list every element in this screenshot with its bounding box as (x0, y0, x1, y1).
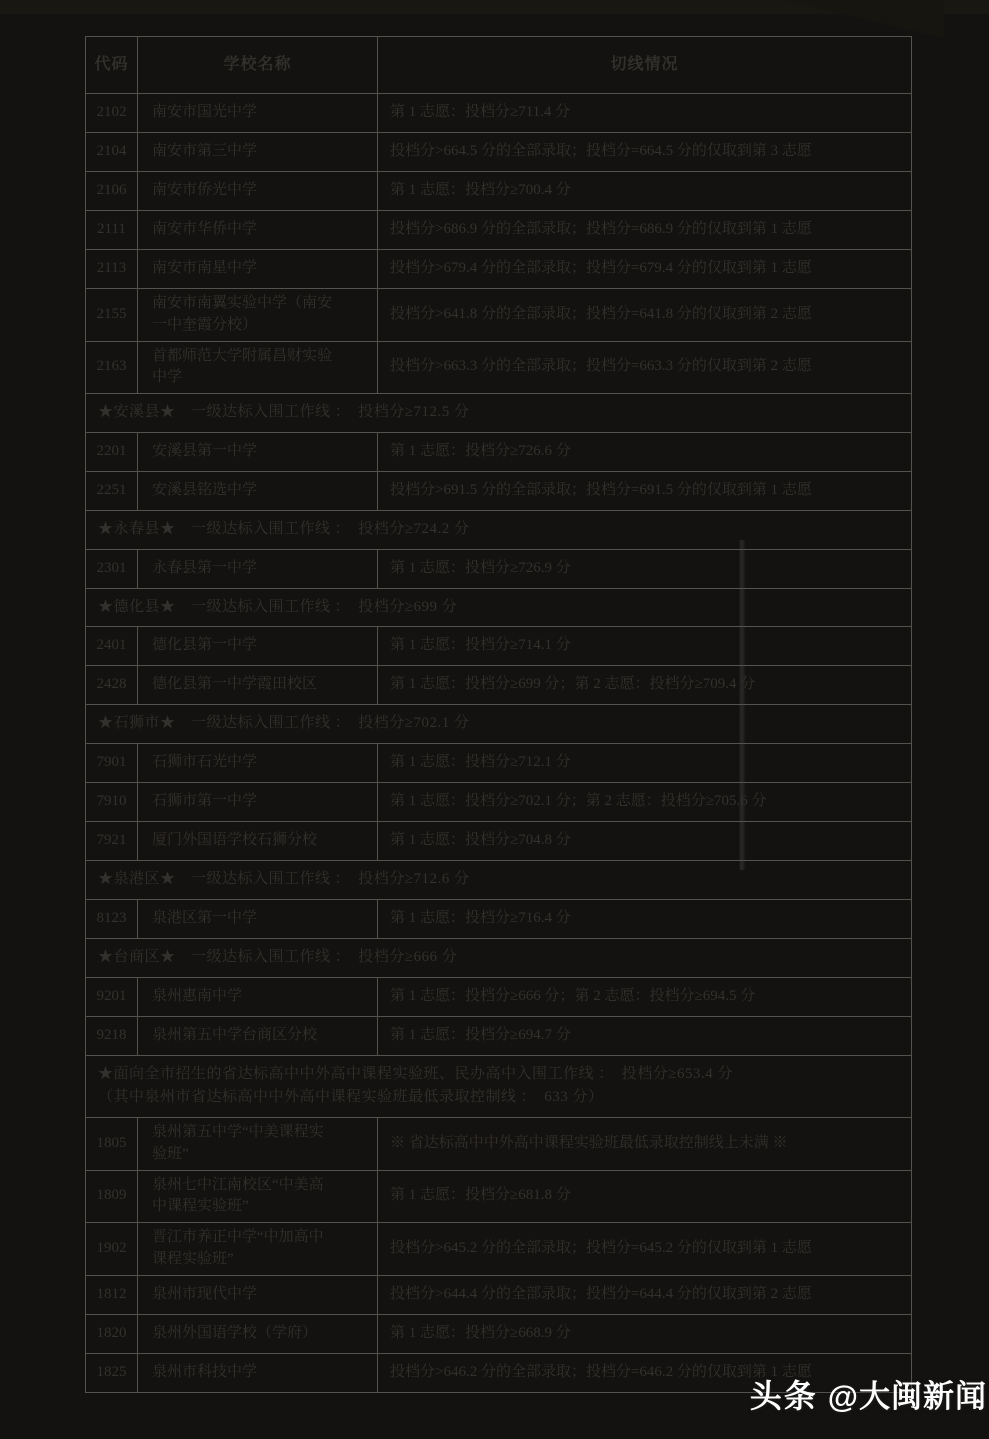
school-name: 泉州市科技中学 (138, 1353, 378, 1392)
table-row: 2113南安市南星中学投档分>679.4 分的全部录取；投档分=679.4 分的… (86, 250, 912, 289)
school-code: 2401 (86, 627, 138, 666)
school-cutline: 第 1 志愿：投档分≥668.9 分 (378, 1314, 912, 1353)
school-code: 8123 (86, 899, 138, 938)
school-cutline: 第 1 志愿：投档分≥712.1 分 (378, 744, 912, 783)
school-cutline: 第 1 志愿：投档分≥711.4 分 (378, 94, 912, 133)
school-cutline: 投档分>663.3 分的全部录取；投档分=663.3 分的仅取到第 2 志愿 (378, 341, 912, 394)
table-row: 1805泉州第五中学“中美课程实验班”※ 省达标高中中外高中课程实验班最低录取控… (86, 1118, 912, 1171)
cutoff-table-body: 2102南安市国光中学第 1 志愿：投档分≥711.4 分2104南安市第三中学… (86, 94, 912, 1393)
school-cutline: ※ 省达标高中中外高中课程实验班最低录取控制线上未满 ※ (378, 1118, 912, 1171)
table-header-row: 代码 学校名称 切线情况 (86, 37, 912, 94)
school-cutline: 第 1 志愿：投档分≥699 分；第 2 志愿：投档分≥709.4 分 (378, 666, 912, 705)
school-name: 石狮市第一中学 (138, 783, 378, 822)
school-name: 泉州市现代中学 (138, 1275, 378, 1314)
school-code: 1820 (86, 1314, 138, 1353)
school-code: 7910 (86, 783, 138, 822)
school-cutline: 投档分>644.4 分的全部录取；投档分=644.4 分的仅取到第 2 志愿 (378, 1275, 912, 1314)
school-name: 南安市第三中学 (138, 133, 378, 172)
school-name: 南安市南翼实验中学（南安一中奎霞分校） (138, 289, 378, 342)
school-name: 晋江市养正中学“中加高中课程实验班” (138, 1223, 378, 1276)
section-label: ★德化县★ 一级达标入围工作线 ： 投档分≥699 分 (86, 588, 912, 627)
table-row: 7921厦门外国语学校石狮分校第 1 志愿：投档分≥704.8 分 (86, 822, 912, 861)
header-cutline: 切线情况 (378, 37, 912, 94)
school-name: 永春县第一中学 (138, 549, 378, 588)
school-code: 2113 (86, 250, 138, 289)
school-code: 2201 (86, 432, 138, 471)
section-label: ★安溪县★ 一级达标入围工作线 ： 投档分≥712.5 分 (86, 394, 912, 433)
school-name: 泉港区第一中学 (138, 899, 378, 938)
school-code: 2111 (86, 211, 138, 250)
school-cutline: 投档分>641.8 分的全部录取；投档分=641.8 分的仅取到第 2 志愿 (378, 289, 912, 342)
table-row: 2155南安市南翼实验中学（南安一中奎霞分校）投档分>641.8 分的全部录取；… (86, 289, 912, 342)
school-name: 泉州第五中学“中美课程实验班” (138, 1118, 378, 1171)
school-code: 7921 (86, 822, 138, 861)
table-row: 2111南安市华侨中学投档分>686.9 分的全部录取；投档分=686.9 分的… (86, 211, 912, 250)
school-cutline: 投档分>691.5 分的全部录取；投档分=691.5 分的仅取到第 1 志愿 (378, 471, 912, 510)
school-cutline: 第 1 志愿：投档分≥702.1 分；第 2 志愿：投档分≥705.6 分 (378, 783, 912, 822)
school-cutline: 第 1 志愿：投档分≥681.8 分 (378, 1170, 912, 1223)
school-name: 南安市国光中学 (138, 94, 378, 133)
school-cutline: 第 1 志愿：投档分≥726.6 分 (378, 432, 912, 471)
school-name: 南安市南星中学 (138, 250, 378, 289)
school-cutline: 投档分>686.9 分的全部录取；投档分=686.9 分的仅取到第 1 志愿 (378, 211, 912, 250)
school-name: 泉州第五中学台商区分校 (138, 1016, 378, 1055)
school-code: 2163 (86, 341, 138, 394)
school-name: 南安市侨光中学 (138, 172, 378, 211)
school-code: 1805 (86, 1118, 138, 1171)
cutoff-table: 代码 学校名称 切线情况 2102南安市国光中学第 1 志愿：投档分≥711.4… (85, 36, 912, 1393)
table-row: 2201安溪县第一中学第 1 志愿：投档分≥726.6 分 (86, 432, 912, 471)
table-row: 7901石狮市石光中学第 1 志愿：投档分≥712.1 分 (86, 744, 912, 783)
school-name: 石狮市石光中学 (138, 744, 378, 783)
school-cutline: 投档分>664.5 分的全部录取；投档分=664.5 分的仅取到第 3 志愿 (378, 133, 912, 172)
school-code: 2102 (86, 94, 138, 133)
table-row: 2102南安市国光中学第 1 志愿：投档分≥711.4 分 (86, 94, 912, 133)
table-row: 1809泉州七中江南校区“中美高中课程实验班”第 1 志愿：投档分≥681.8 … (86, 1170, 912, 1223)
school-code: 1902 (86, 1223, 138, 1276)
school-cutline: 投档分>679.4 分的全部录取；投档分=679.4 分的仅取到第 1 志愿 (378, 250, 912, 289)
section-label: ★石狮市★ 一级达标入围工作线 ： 投档分≥702.1 分 (86, 705, 912, 744)
school-code: 2251 (86, 471, 138, 510)
table-row: 2104南安市第三中学投档分>664.5 分的全部录取；投档分=664.5 分的… (86, 133, 912, 172)
table-row: 2106南安市侨光中学第 1 志愿：投档分≥700.4 分 (86, 172, 912, 211)
school-code: 9218 (86, 1016, 138, 1055)
school-cutline: 第 1 志愿：投档分≥694.7 分 (378, 1016, 912, 1055)
table-row: 2163首都师范大学附属昌财实验中学投档分>663.3 分的全部录取；投档分=6… (86, 341, 912, 394)
school-code: 2104 (86, 133, 138, 172)
school-code: 7901 (86, 744, 138, 783)
section-label: ★永春县★ 一级达标入围工作线 ： 投档分≥724.2 分 (86, 510, 912, 549)
section-row: ★安溪县★ 一级达标入围工作线 ： 投档分≥712.5 分 (86, 394, 912, 433)
school-name: 泉州惠南中学 (138, 977, 378, 1016)
table-row: 2401德化县第一中学第 1 志愿：投档分≥714.1 分 (86, 627, 912, 666)
school-name: 南安市华侨中学 (138, 211, 378, 250)
school-name: 泉州外国语学校（学府） (138, 1314, 378, 1353)
school-name: 厦门外国语学校石狮分校 (138, 822, 378, 861)
school-name: 德化县第一中学 (138, 627, 378, 666)
header-code: 代码 (86, 37, 138, 94)
school-cutline: 第 1 志愿：投档分≥716.4 分 (378, 899, 912, 938)
table-row: 7910石狮市第一中学第 1 志愿：投档分≥702.1 分；第 2 志愿：投档分… (86, 783, 912, 822)
section-row: ★台商区★ 一级达标入围工作线 ： 投档分≥666 分 (86, 938, 912, 977)
section-row: ★泉港区★ 一级达标入围工作线 ： 投档分≥712.6 分 (86, 861, 912, 900)
school-name: 德化县第一中学霞田校区 (138, 666, 378, 705)
section-row: ★永春县★ 一级达标入围工作线 ： 投档分≥724.2 分 (86, 510, 912, 549)
news-watermark: 头条@大闽新闻 (750, 1371, 987, 1417)
school-name: 安溪县铭选中学 (138, 471, 378, 510)
school-name: 安溪县第一中学 (138, 432, 378, 471)
table-row: 1902晋江市养正中学“中加高中课程实验班”投档分>645.2 分的全部录取；投… (86, 1223, 912, 1276)
table-row: 2251安溪县铭选中学投档分>691.5 分的全部录取；投档分=691.5 分的… (86, 471, 912, 510)
table-row: 9218泉州第五中学台商区分校第 1 志愿：投档分≥694.7 分 (86, 1016, 912, 1055)
school-code: 9201 (86, 977, 138, 1016)
section-label: ★台商区★ 一级达标入围工作线 ： 投档分≥666 分 (86, 938, 912, 977)
table-row: 9201泉州惠南中学第 1 志愿：投档分≥666 分；第 2 志愿：投档分≥69… (86, 977, 912, 1016)
school-cutline: 第 1 志愿：投档分≥704.8 分 (378, 822, 912, 861)
school-cutline: 投档分>645.2 分的全部录取；投档分=645.2 分的仅取到第 1 志愿 (378, 1223, 912, 1276)
school-cutline: 第 1 志愿：投档分≥714.1 分 (378, 627, 912, 666)
school-cutline: 第 1 志愿：投档分≥666 分；第 2 志愿：投档分≥694.5 分 (378, 977, 912, 1016)
section-row: ★德化县★ 一级达标入围工作线 ： 投档分≥699 分 (86, 588, 912, 627)
document-photo: 代码 学校名称 切线情况 2102南安市国光中学第 1 志愿：投档分≥711.4… (0, 0, 989, 1439)
section-row: ★面向全市招生的省达标高中中外高中课程实验班、民办高中入围工作线 ： 投档分≥6… (86, 1055, 912, 1118)
school-name: 泉州七中江南校区“中美高中课程实验班” (138, 1170, 378, 1223)
school-name: 首都师范大学附属昌财实验中学 (138, 341, 378, 394)
section-label: ★面向全市招生的省达标高中中外高中课程实验班、民办高中入围工作线 ： 投档分≥6… (86, 1055, 912, 1118)
school-code: 2301 (86, 549, 138, 588)
section-label: ★泉港区★ 一级达标入围工作线 ： 投档分≥712.6 分 (86, 861, 912, 900)
school-code: 1825 (86, 1353, 138, 1392)
school-code: 1809 (86, 1170, 138, 1223)
photo-background-corner (784, 0, 944, 38)
table-row: 2428德化县第一中学霞田校区第 1 志愿：投档分≥699 分；第 2 志愿：投… (86, 666, 912, 705)
table-row: 1820泉州外国语学校（学府）第 1 志愿：投档分≥668.9 分 (86, 1314, 912, 1353)
section-row: ★石狮市★ 一级达标入围工作线 ： 投档分≥702.1 分 (86, 705, 912, 744)
school-code: 1812 (86, 1275, 138, 1314)
school-cutline: 第 1 志愿：投档分≥700.4 分 (378, 172, 912, 211)
table-row: 8123泉港区第一中学第 1 志愿：投档分≥716.4 分 (86, 899, 912, 938)
school-code: 2155 (86, 289, 138, 342)
school-code: 2428 (86, 666, 138, 705)
school-cutline: 第 1 志愿：投档分≥726.9 分 (378, 549, 912, 588)
header-school-name: 学校名称 (138, 37, 378, 94)
watermark-brand: 头条 (750, 1378, 818, 1414)
table-row: 1812泉州市现代中学投档分>644.4 分的全部录取；投档分=644.4 分的… (86, 1275, 912, 1314)
watermark-handle: @大闽新闻 (828, 1379, 987, 1414)
table-row: 2301永春县第一中学第 1 志愿：投档分≥726.9 分 (86, 549, 912, 588)
school-code: 2106 (86, 172, 138, 211)
